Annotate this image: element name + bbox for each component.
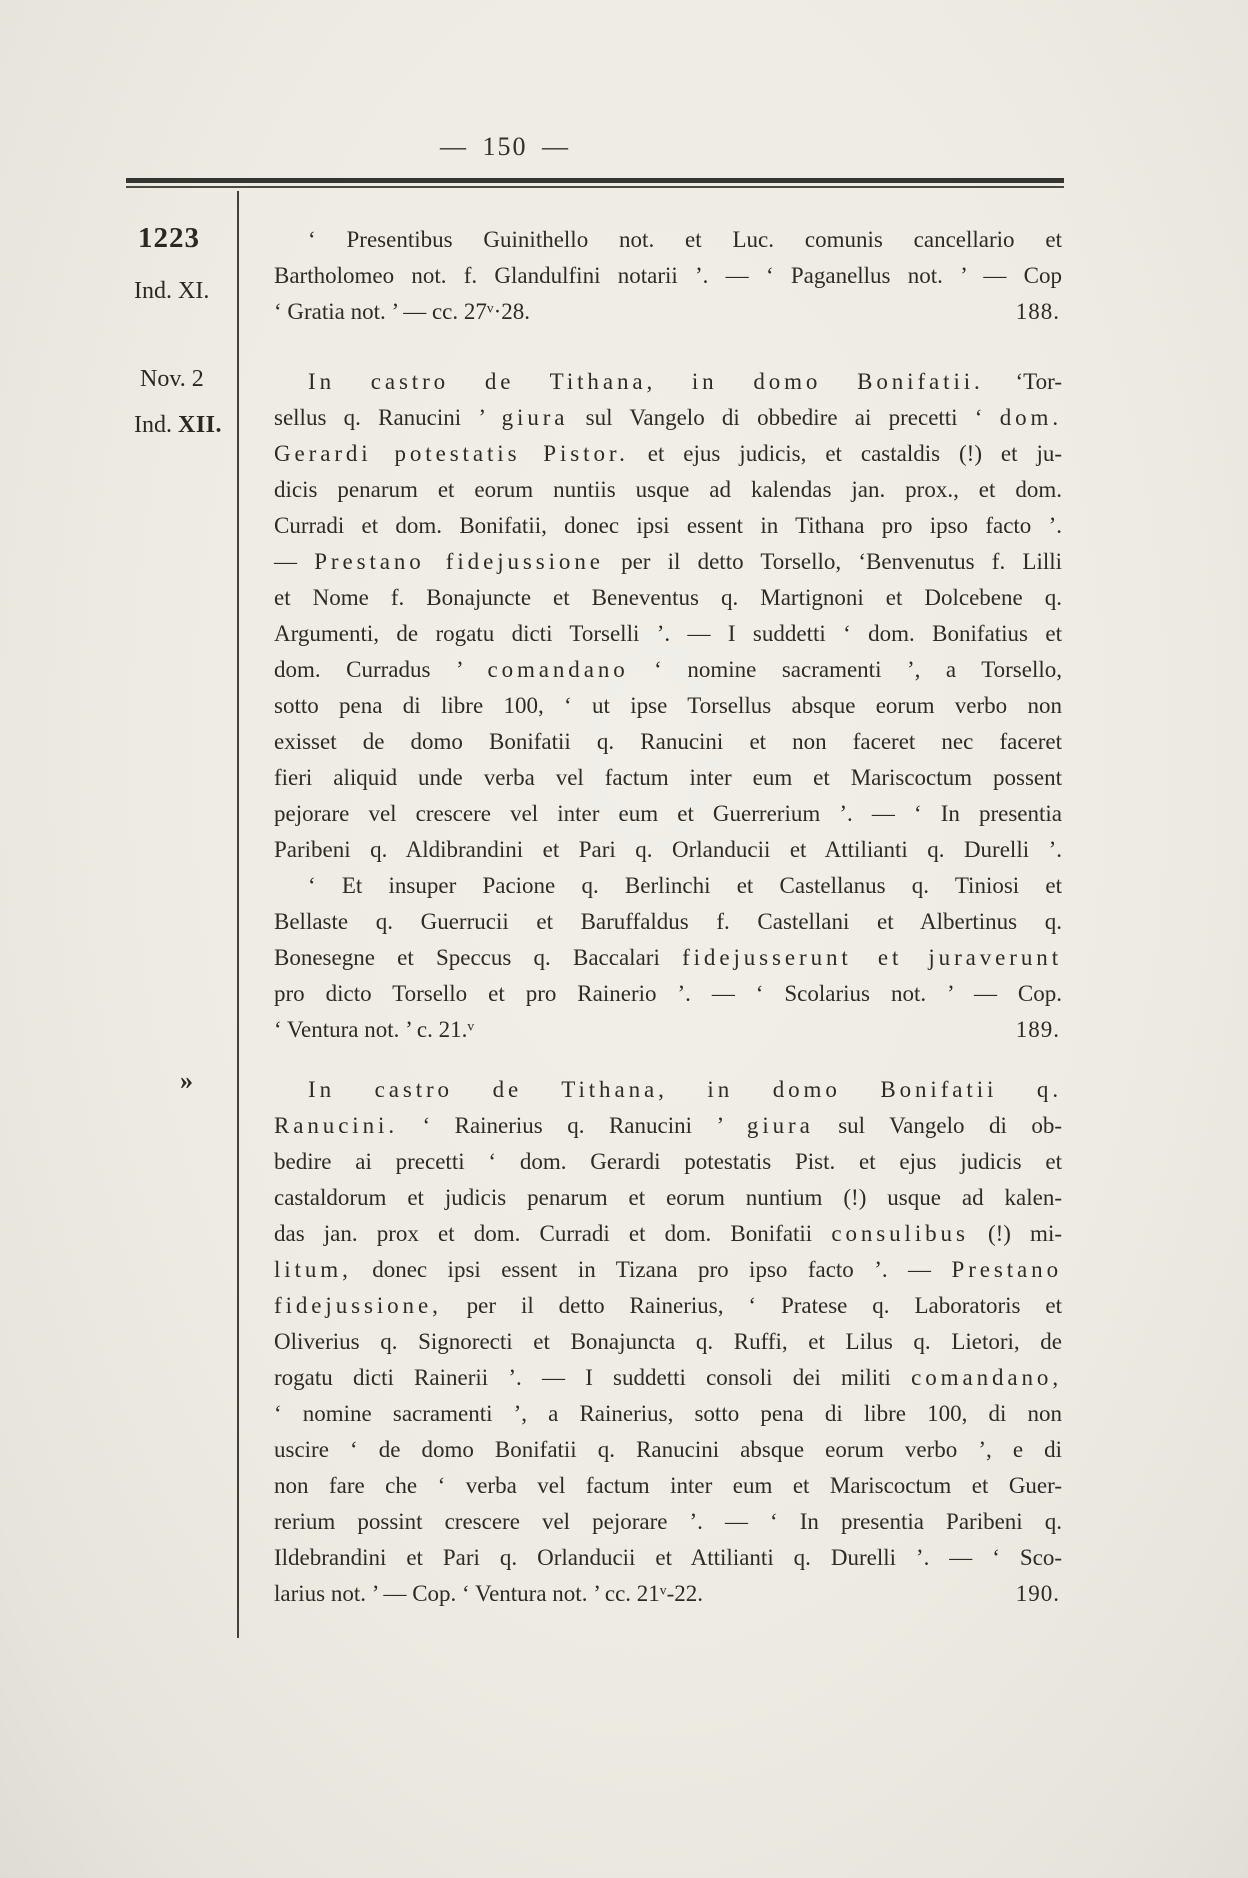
text-line: exisset de domo Bonifatii q. Ranucini et… <box>274 724 1062 760</box>
text-segment: — <box>274 549 314 574</box>
text-line: rogatu dicti Rainerii ’. — I suddetti co… <box>274 1360 1062 1396</box>
text-line: Gerardi potestatis Pistor. et ejus judic… <box>274 436 1062 472</box>
text-segment: ‘ Rainerius q. Ranucini ’ <box>398 1113 747 1138</box>
text-segment: sellus q. Ranucini ’ <box>274 405 502 430</box>
scanned-book-page: { "colors": { "paper": "#edebe3", "ink":… <box>0 0 1248 1878</box>
text-segment: pejorare vel crescere vel inter eum et G… <box>274 801 1062 826</box>
text-segment: (!) mi- <box>969 1221 1062 1246</box>
text-line: non fare che ‘ verba vel factum inter eu… <box>274 1468 1062 1504</box>
text-segment: fieri aliquid unde verba vel factum inte… <box>274 765 1062 790</box>
text-segment: ‘Tor- <box>984 369 1062 394</box>
entry-number: 189. <box>1016 1012 1060 1048</box>
letterspaced-text: fidejusserunt et juraverunt <box>682 945 1062 970</box>
text-segment: exisset de domo Bonifatii q. Ranucini et… <box>274 729 1062 754</box>
letterspaced-text: dom. <box>1000 405 1062 430</box>
text-line: — Prestano fidejussione per il detto Tor… <box>274 544 1062 580</box>
text-line: ‘ nomine sacramenti ’, a Rainerius, sott… <box>274 1396 1062 1432</box>
entry-190: In castro de Tithana, in domo Bonifatii … <box>274 1072 1062 1612</box>
margin-year: 1223 <box>138 222 200 255</box>
text-segment: uscire ‘ de domo Bonifatii q. Ranucini a… <box>274 1437 1062 1462</box>
text-line: In castro de Tithana, in domo Bonifatii … <box>274 1072 1062 1108</box>
text-segment: Bellaste q. Guerrucii et Baruffaldus f. … <box>274 909 1062 934</box>
margin-indiction-numeral: XII. <box>178 412 222 438</box>
margin-date-nov-2: Nov. 2 <box>140 366 204 393</box>
text-segment: Bonesegne et Speccus q. Baccalari <box>274 945 682 970</box>
letterspaced-text: In castro de Tithana, in domo Bonifatii … <box>308 1077 1062 1102</box>
letterspaced-text: Prestano <box>952 1257 1063 1282</box>
entry-number: 188. <box>1016 294 1060 330</box>
text-segment: Paribeni q. Aldibrandini et Pari q. Orla… <box>274 837 1062 862</box>
entry-189: In castro de Tithana, in domo Bonifatii.… <box>274 364 1062 1048</box>
text-segment: donec ipsi essent in Tizana pro ipso fac… <box>352 1257 952 1282</box>
margin-indiction-xi: Ind. XI. <box>134 278 209 305</box>
margin-indiction-prefix: Ind. <box>134 412 178 438</box>
text-segment: ‘ Ventura not. ’ c. 21.ᵛ <box>274 1017 474 1042</box>
text-segment: ‘ Presentibus Guinithello not. et Luc. c… <box>308 227 1062 252</box>
page-number: — 150 — <box>0 132 1010 162</box>
text-line: fidejussione, per il detto Rainerius, ‘ … <box>274 1288 1062 1324</box>
entry-number: 190. <box>1016 1576 1060 1612</box>
letterspaced-text: fidejussione, <box>274 1293 442 1318</box>
text-segment: per il detto Torsello, ‘Benvenutus f. Li… <box>604 549 1062 574</box>
text-line: et Nome f. Bonajuncte et Beneventus q. M… <box>274 580 1062 616</box>
text-line: Paribeni q. Aldibrandini et Pari q. Orla… <box>274 832 1062 868</box>
text-line: pejorare vel crescere vel inter eum et G… <box>274 796 1062 832</box>
text-line: litum, donec ipsi essent in Tizana pro i… <box>274 1252 1062 1288</box>
text-segment: Curradi et dom. Bonifatii, donec ipsi es… <box>274 513 1062 538</box>
text-segment: dicis penarum et eorum nuntiis usque ad … <box>274 477 1062 502</box>
text-segment: sotto pena di libre 100, ‘ ut ipse Torse… <box>274 693 1062 718</box>
text-line: bedire ai precetti ‘ dom. Gerardi potest… <box>274 1144 1062 1180</box>
letterspaced-text: giura <box>502 405 569 430</box>
text-line: Curradi et dom. Bonifatii, donec ipsi es… <box>274 508 1062 544</box>
text-line: fieri aliquid unde verba vel factum inte… <box>274 760 1062 796</box>
letterspaced-text: Ranucini. <box>274 1113 398 1138</box>
text-segment: castaldorum et judicis penarum et eorum … <box>274 1185 1062 1210</box>
text-segment: bedire ai precetti ‘ dom. Gerardi potest… <box>274 1149 1062 1174</box>
text-line: das jan. prox et dom. Curradi et dom. Bo… <box>274 1216 1062 1252</box>
letterspaced-text: giura <box>747 1113 814 1138</box>
text-segment: Oliverius q. Signorecti et Bonajuncta q.… <box>274 1329 1062 1354</box>
text-line: rerium possint crescere vel pejorare ’. … <box>274 1504 1062 1540</box>
header-double-rule <box>126 178 1064 188</box>
entry-188: ‘ Presentibus Guinithello not. et Luc. c… <box>274 222 1062 330</box>
text-line: In castro de Tithana, in domo Bonifatii.… <box>274 364 1062 400</box>
text-segment: das jan. prox et dom. Curradi et dom. Bo… <box>274 1221 831 1246</box>
text-segment: Ildebrandini et Pari q. Orlanducii et At… <box>274 1545 1062 1570</box>
letterspaced-text: Gerardi potestatis Pistor. <box>274 441 629 466</box>
text-segment: sul Vangelo di ob- <box>814 1113 1062 1138</box>
text-segment: et Nome f. Bonajuncte et Beneventus q. M… <box>274 585 1062 610</box>
letterspaced-text: consulibus <box>831 1221 969 1246</box>
text-segment: ‘ nomine sacramenti ’, a Rainerius, sott… <box>274 1401 1062 1426</box>
text-line: ‘ Presentibus Guinithello not. et Luc. c… <box>274 222 1062 258</box>
text-line: Bartholomeo not. f. Glandulfini notarii … <box>274 258 1062 294</box>
text-line: Bellaste q. Guerrucii et Baruffaldus f. … <box>274 904 1062 940</box>
text-segment: per il detto Rainerius, ‘ Pratese q. Lab… <box>442 1293 1062 1318</box>
margin-indiction-xii: Ind. XII. <box>134 412 222 439</box>
text-line: sellus q. Ranucini ’ giura sul Vangelo d… <box>274 400 1062 436</box>
text-line: ‘ Gratia not. ’ — cc. 27ᵛ·28.188. <box>274 294 1062 330</box>
text-line: castaldorum et judicis penarum et eorum … <box>274 1180 1062 1216</box>
text-line: sotto pena di libre 100, ‘ ut ipse Torse… <box>274 688 1062 724</box>
text-line: larius not. ’ — Cop. ‘ Ventura not. ’ cc… <box>274 1576 1062 1612</box>
text-segment: rogatu dicti Rainerii ’. — I suddetti co… <box>274 1365 911 1390</box>
text-line: Ildebrandini et Pari q. Orlanducii et At… <box>274 1540 1062 1576</box>
text-segment: et ejus judicis, et castaldis (!) et ju- <box>629 441 1062 466</box>
text-line: uscire ‘ de domo Bonifatii q. Ranucini a… <box>274 1432 1062 1468</box>
text-line: ‘ Et insuper Pacione q. Berlinchi et Cas… <box>274 868 1062 904</box>
text-segment: sul Vangelo di obbedire ai precetti ‘ <box>568 405 999 430</box>
page-background: — 150 — 1223 Ind. XI. Nov. 2 Ind. XII. »… <box>0 0 1248 1878</box>
margin-vertical-rule <box>237 191 239 1638</box>
text-segment: ‘ Gratia not. ’ — cc. 27ᵛ·28. <box>274 299 530 324</box>
text-segment: rerium possint crescere vel pejorare ’. … <box>274 1509 1062 1534</box>
letterspaced-text: litum, <box>274 1257 352 1282</box>
text-segment: dom. Curradus ’ <box>274 657 487 682</box>
text-line: pro dicto Torsello et pro Rainerio ’. — … <box>274 976 1062 1012</box>
text-line: dicis penarum et eorum nuntiis usque ad … <box>274 472 1062 508</box>
text-segment: ‘ nomine sacramenti ’, a Torsello, <box>629 657 1062 682</box>
letterspaced-text: comandano <box>487 657 628 682</box>
text-line: Bonesegne et Speccus q. Baccalari fideju… <box>274 940 1062 976</box>
text-line: dom. Curradus ’ comandano ‘ nomine sacra… <box>274 652 1062 688</box>
text-segment: non fare che ‘ verba vel factum inter eu… <box>274 1473 1062 1498</box>
text-line: Ranucini. ‘ Rainerius q. Ranucini ’ giur… <box>274 1108 1062 1144</box>
letterspaced-text: comandano, <box>911 1365 1062 1390</box>
text-segment: pro dicto Torsello et pro Rainerio ’. — … <box>274 981 1062 1006</box>
text-segment: Bartholomeo not. f. Glandulfini notarii … <box>274 263 1062 288</box>
text-line: ‘ Ventura not. ’ c. 21.ᵛ189. <box>274 1012 1062 1048</box>
letterspaced-text: Prestano fidejussione <box>314 549 604 574</box>
text-line: Oliverius q. Signorecti et Bonajuncta q.… <box>274 1324 1062 1360</box>
text-segment: larius not. ’ — Cop. ‘ Ventura not. ’ cc… <box>274 1581 703 1606</box>
margin-repeat-mark: » <box>180 1066 193 1096</box>
text-segment: ‘ Et insuper Pacione q. Berlinchi et Cas… <box>308 873 1062 898</box>
text-line: Argumenti, de rogatu dicti Torselli ’. —… <box>274 616 1062 652</box>
letterspaced-text: In castro de Tithana, in domo Bonifatii. <box>308 369 984 394</box>
text-segment: Argumenti, de rogatu dicti Torselli ’. —… <box>274 621 1062 646</box>
